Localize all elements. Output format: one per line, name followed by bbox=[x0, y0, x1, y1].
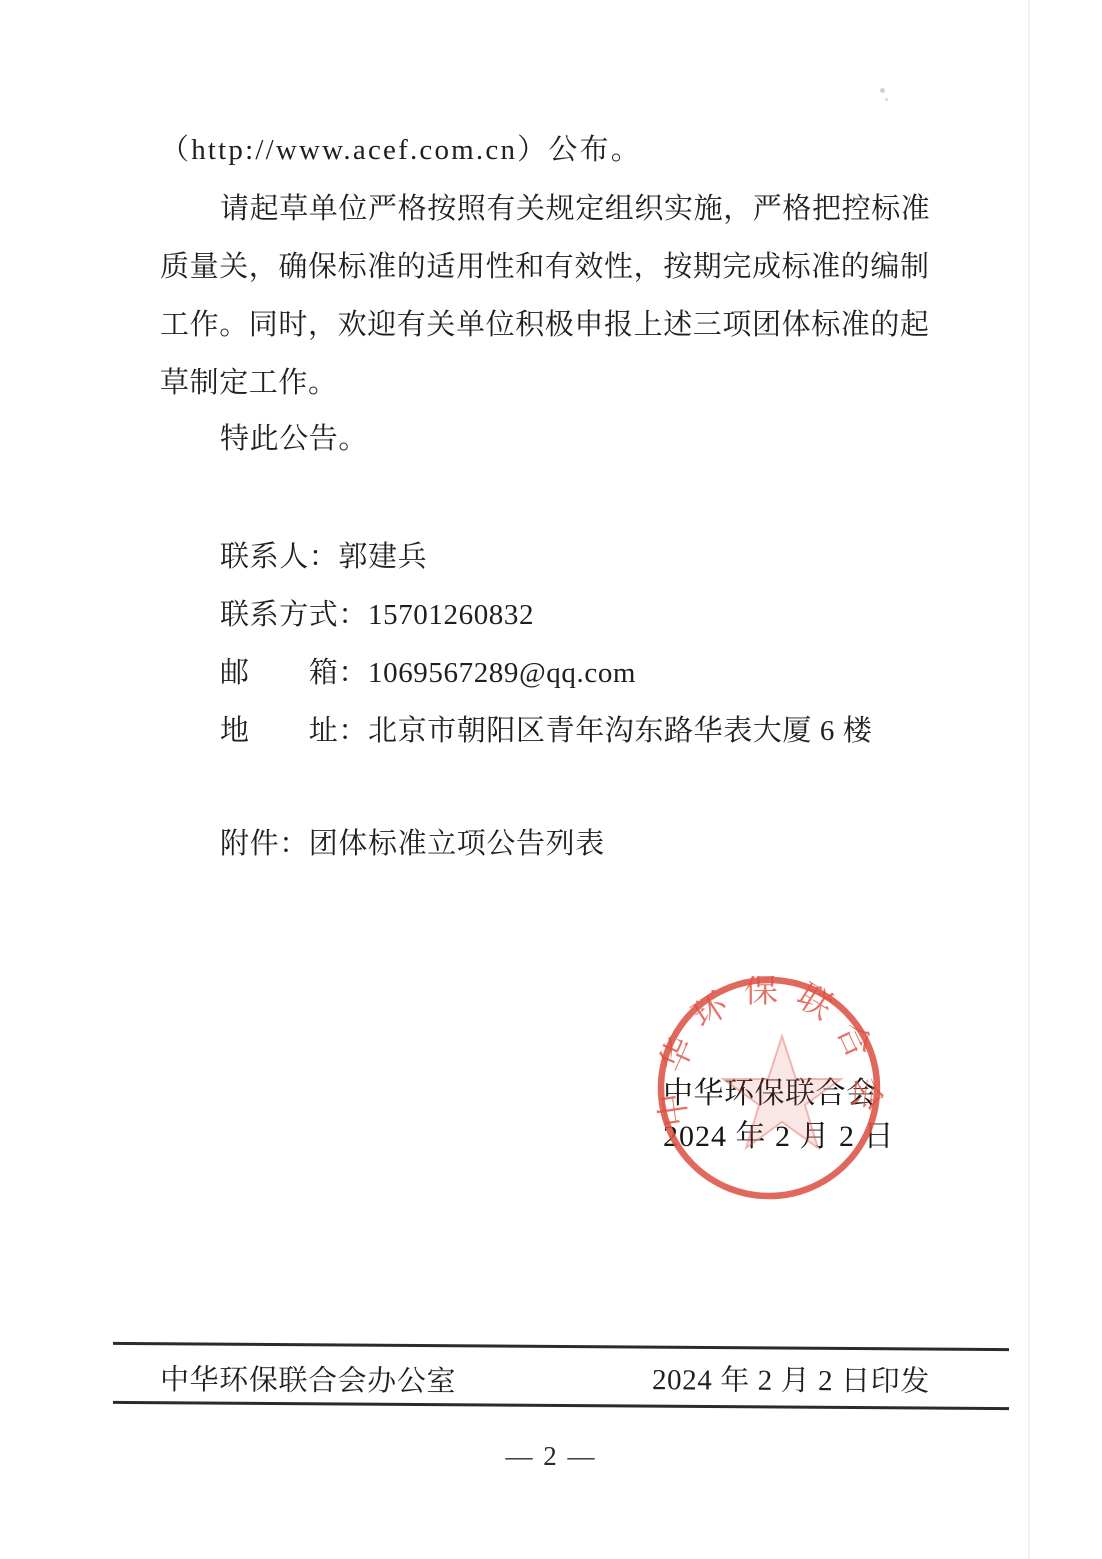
scan-edge-artifact bbox=[1028, 0, 1030, 1559]
signature-date: 2024 年 2 月 2 日 bbox=[663, 1119, 895, 1155]
footer-rule-top bbox=[113, 1342, 1009, 1351]
contact-email: 邮 箱：1069567289@qq.com bbox=[220, 655, 636, 691]
body-line-4: 工作。同时，欢迎有关单位积极申报上述三项团体标准的起 bbox=[160, 307, 930, 343]
footer-print-date: 2024 年 2 月 2 日印发 bbox=[652, 1362, 930, 1400]
body-line-3: 质量关，确保标准的适用性和有效性，按期完成标准的编制 bbox=[160, 249, 930, 285]
scan-speck-artifact bbox=[885, 98, 888, 101]
signature-organization: 中华环保联合会 bbox=[663, 1076, 877, 1112]
contact-phone: 联系方式：15701260832 bbox=[220, 597, 534, 633]
document-page: （http://www.acef.com.cn）公布。请起草单位严格按照有关规定… bbox=[0, 0, 1102, 1559]
contact-address: 地 址：北京市朝阳区青年沟东路华表大厦 6 楼 bbox=[220, 713, 872, 749]
body-line-5: 草制定工作。 bbox=[160, 365, 338, 401]
contact-person: 联系人：郭建兵 bbox=[220, 539, 427, 575]
attachment-line: 附件：团体标准立项公告列表 bbox=[220, 826, 605, 862]
body-line-url: （http://www.acef.com.cn）公布。 bbox=[160, 132, 642, 168]
body-line-2: 请起草单位严格按照有关规定组织实施，严格把控标准 bbox=[220, 191, 930, 227]
scan-speck-artifact bbox=[880, 88, 885, 93]
footer-office: 中华环保联合会办公室 bbox=[160, 1362, 456, 1400]
closing-line: 特此公告。 bbox=[220, 421, 368, 457]
page-number: — 2 — bbox=[0, 1441, 1102, 1472]
footer-rule-bottom bbox=[113, 1401, 1009, 1410]
